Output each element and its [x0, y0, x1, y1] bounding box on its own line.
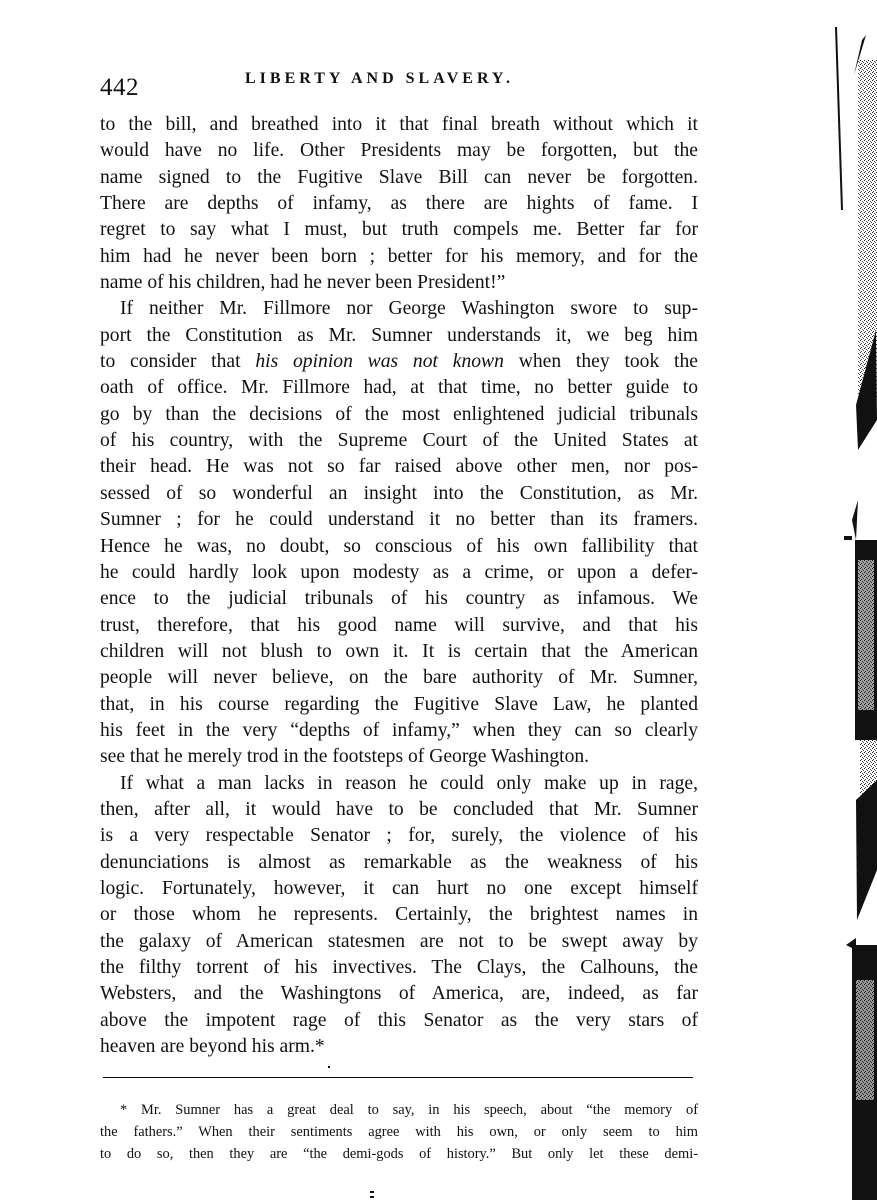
text-line: the galaxy of American statesmen are not… [100, 929, 698, 955]
scanned-page-edge [800, 0, 877, 1200]
text-line: or those whom he represents. Certainly, … [100, 902, 698, 928]
stray-mark [370, 1196, 374, 1198]
text-line-with-emphasis: to consider that his opinion was not kno… [100, 349, 698, 375]
text-line: to the bill, and breathed into it that f… [100, 112, 698, 138]
text-line: name of his children, had he never been … [100, 270, 698, 296]
text-line: is a very respectable Senator ; for, sur… [100, 823, 698, 849]
text-line: of his country, with the Supreme Court o… [100, 428, 698, 454]
text-line: trust, therefore, that his good name wil… [100, 613, 698, 639]
text-line: There are depths of infamy, as there are… [100, 191, 698, 217]
text-line: then, after all, it would have to be con… [100, 797, 698, 823]
text-line: ence to the judicial tribunals of his co… [100, 586, 698, 612]
text-line: denunciations is almost as remarkable as… [100, 850, 698, 876]
running-head: 442 LIBERTY AND SLAVERY. [100, 70, 700, 102]
stray-mark [370, 1191, 374, 1193]
text-line: logic. Fortunately, however, it can hurt… [100, 876, 698, 902]
text-line: above the impotent rage of this Senator … [100, 1008, 698, 1034]
text-line: the filthy torrent of his invectives. Th… [100, 955, 698, 981]
text-line: name signed to the Fugitive Slave Bill c… [100, 165, 698, 191]
page-edge-shadow-graphic [800, 0, 877, 1200]
text-line: Websters, and the Washingtons of America… [100, 981, 698, 1007]
footnote-divider [103, 1077, 693, 1078]
paragraph-start-line: If what a man lacks in reason he could o… [100, 771, 698, 797]
text-line: children will not blush to own it. It is… [100, 639, 698, 665]
stray-mark [328, 1066, 330, 1068]
text-line: that, in his course regarding the Fugiti… [100, 692, 698, 718]
footnote: * Mr. Sumner has a great deal to say, in… [100, 1099, 698, 1165]
text-line: him had he never been born ; better for … [100, 244, 698, 270]
footnote-line: the fathers.” When their sentiments agre… [100, 1121, 698, 1143]
text-line: see that he merely trod in the footsteps… [100, 744, 698, 770]
text-line: heaven are beyond his arm.* [100, 1034, 698, 1060]
page-number: 442 [100, 74, 139, 102]
text-line: people will never believe, on the bare a… [100, 665, 698, 691]
text-line: go by than the decisions of the most enl… [100, 402, 698, 428]
paragraph-start-line: If neither Mr. Fillmore nor George Washi… [100, 296, 698, 322]
text-line: Hence he was, no doubt, so conscious of … [100, 534, 698, 560]
text-fragment: when they took the [504, 351, 698, 372]
footnote-line: * Mr. Sumner has a great deal to say, in… [100, 1099, 698, 1121]
text-line: Sumner ; for he could understand it no b… [100, 507, 698, 533]
book-page: 442 LIBERTY AND SLAVERY. to the bill, an… [0, 0, 877, 1200]
text-line: port the Constitution as Mr. Sumner unde… [100, 323, 698, 349]
body-text: to the bill, and breathed into it that f… [100, 112, 698, 1060]
text-fragment: to consider that [100, 351, 255, 372]
text-line: his feet in the very “depths of infamy,”… [100, 718, 698, 744]
emphasized-text: his opinion was not known [255, 351, 504, 372]
text-line: he could hardly look upon modesty as a c… [100, 560, 698, 586]
text-line: oath of office. Mr. Fillmore had, at tha… [100, 375, 698, 401]
running-title: LIBERTY AND SLAVERY. [245, 70, 514, 88]
footnote-line: to do so, then they are “the demi-gods o… [100, 1143, 698, 1165]
text-line: regret to say what I must, but truth com… [100, 217, 698, 243]
text-line: their head. He was not so far raised abo… [100, 454, 698, 480]
text-line: would have no life. Other Presidents may… [100, 138, 698, 164]
text-line: sessed of so wonderful an insight into t… [100, 481, 698, 507]
